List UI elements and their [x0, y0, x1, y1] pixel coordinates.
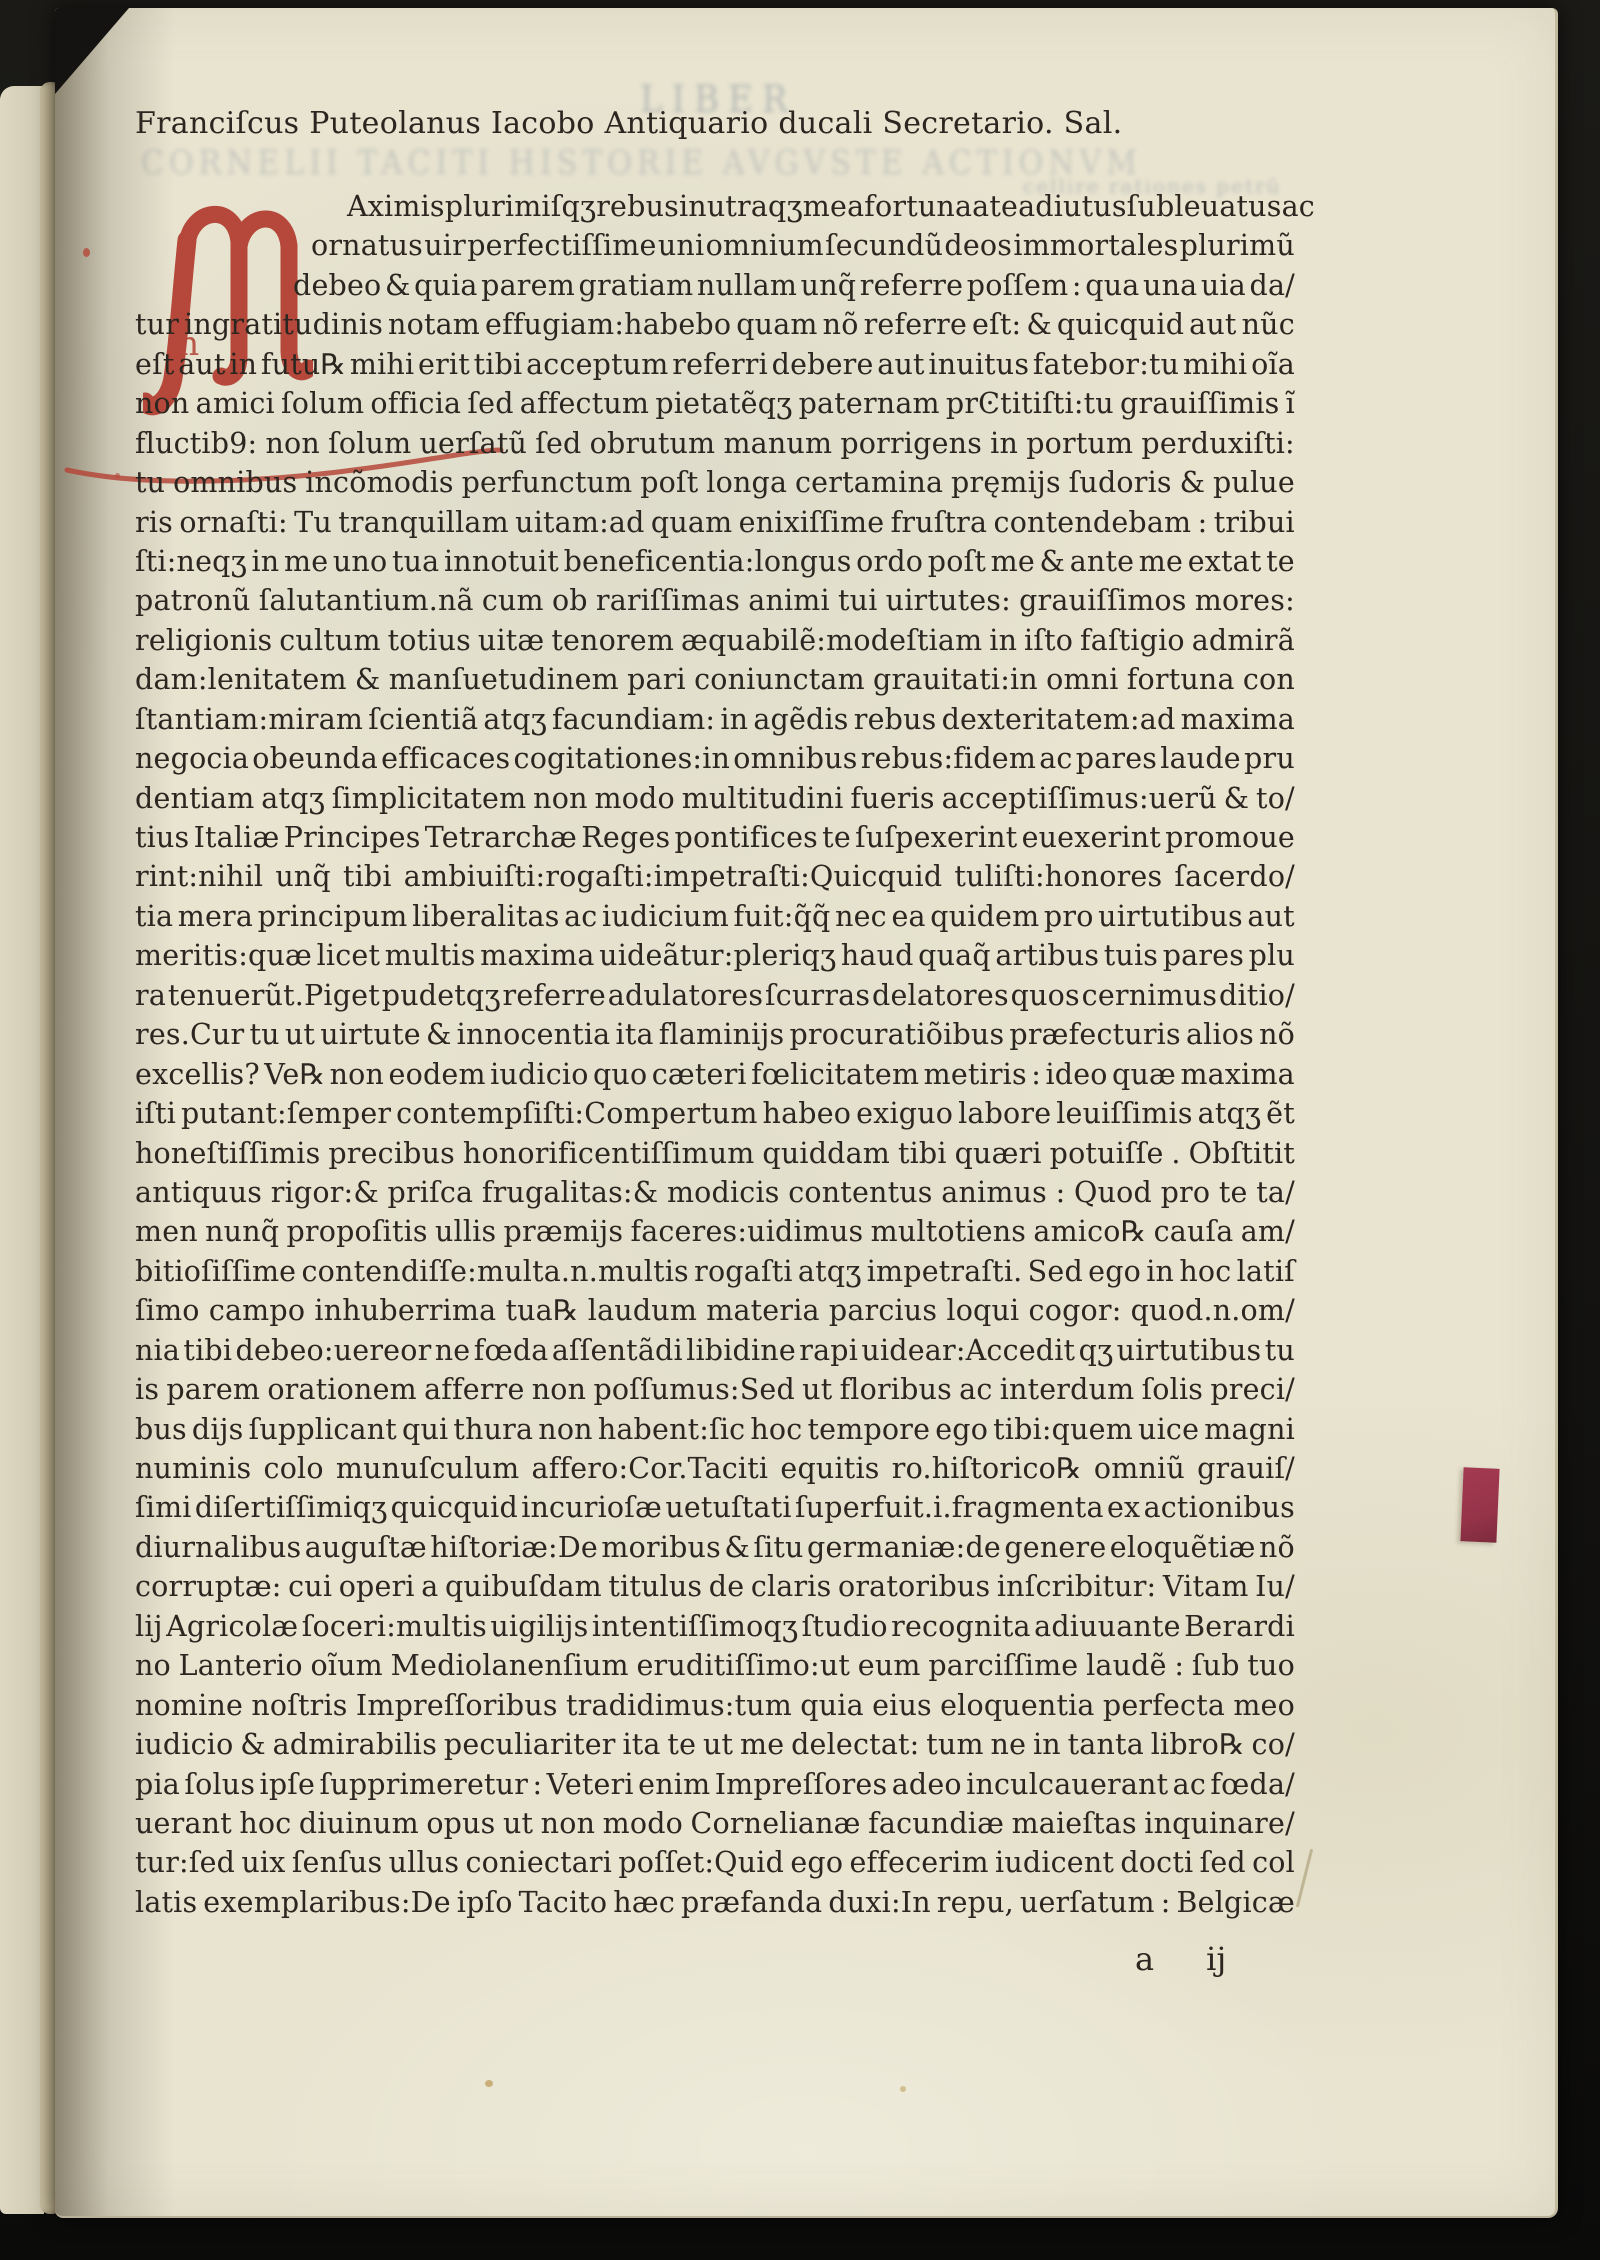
text-line: honeſtiſſimisprecibushonorificentiſſimum…: [135, 1137, 1295, 1176]
text-line: eſtautinfutu℞mihierittibiacceptumreferri…: [135, 348, 1295, 387]
text-line: niatibidebeo:uereornefœdaaſſentãdilibidi…: [135, 1334, 1295, 1373]
text-line: ratenuerũt.Pigetpudetqʒreferreadulatores…: [135, 979, 1295, 1018]
text-line: tiameraprincipumliberalitasaciudiciumfui…: [135, 900, 1295, 939]
text-line: lijAgricolæſoceri:multisuigilijsintentiſ…: [135, 1610, 1295, 1649]
text-block: Aximisplurimiſqʒrebusinutraqʒmeafortunaa…: [135, 190, 1295, 1925]
text-line: excellis?Ve℞noneodemiudicioquocæterifœli…: [135, 1058, 1295, 1097]
rubric-ink-speck: [83, 248, 90, 257]
text-line: numiniscolomunuſculumaffero:Cor.Tacitieq…: [135, 1452, 1295, 1491]
showthrough-title-line: CORNELII TACITI HISTORIE AVGVSTE ACTIONV…: [141, 144, 1261, 183]
text-line: res.Curtuutuirtute&innocentiaitaflaminij…: [135, 1018, 1295, 1057]
signature-leaf: ij: [1206, 1940, 1226, 1978]
text-line: latisexemplaribus:DeipſoTacitohæcpræfand…: [135, 1886, 1295, 1925]
text-line: piaſolusipſeſupprimeretur:VeterienimImpr…: [135, 1768, 1295, 1807]
text-line: mennunq̃propoſitisullispræmijsfaceres:ui…: [135, 1215, 1295, 1254]
text-line: ueranthocdiuinumopusutnonmodoCornelianæf…: [135, 1807, 1295, 1846]
text-line: dentiamatqʒſimplicitatemnonmodomultitudi…: [135, 782, 1295, 821]
text-line: nonamiciſolumofficiaſedaffectumpietatẽqʒ…: [135, 387, 1295, 426]
text-line: diurnalibusauguſtæhiſtoriæ:Demoribus&ſit…: [135, 1531, 1295, 1570]
text-line: risornaſti:Tutranquillamuitam:adquamenix…: [135, 506, 1295, 545]
quire-signature: a ij: [1135, 1940, 1226, 1978]
paper-scratch: [1296, 1849, 1313, 1908]
text-line: noLanteriooĩumMediolanenſiumeruditiſſimo…: [135, 1649, 1295, 1688]
paper-stain: [485, 2080, 493, 2087]
text-line: tur:ſeduixſenſusullusconiectaripoſſet:Qu…: [135, 1846, 1295, 1885]
text-line: corruptæ:cuioperiaquibuſdamtitulusdeclar…: [135, 1570, 1295, 1609]
text-line: bitioſiſſimecontendiſſe:multa.n.multisro…: [135, 1255, 1295, 1294]
text-line: ſimocampoinhuberrimatua℞laudummateriapar…: [135, 1294, 1295, 1333]
salutation-heading: Franciſcus Puteolanus Iacobo Antiquario …: [135, 106, 1122, 141]
text-line: nominenoſtrisImpreſſoribustradidimus:tum…: [135, 1689, 1295, 1728]
red-fore-edge-tab: [1460, 1467, 1499, 1542]
text-line: rint:nihilunq̃tibiambiuiſti:rogaſti:impe…: [135, 860, 1295, 899]
text-line: patronũſalutantium.nãcumobrariſſimasanim…: [135, 584, 1295, 623]
text-line: turingratitudinisnotameffugiam:habeboqua…: [135, 308, 1295, 347]
text-line: ſti:neqʒinmeunotuainnotuitbeneficentia:l…: [135, 545, 1295, 584]
text-line: ſtantiam:miramſcientiãatqʒfacundiam:inag…: [135, 703, 1295, 742]
text-line: religioniscultumtotiusuitætenoremæquabil…: [135, 624, 1295, 663]
text-line: ornatusuirperfectiſſimeuniomniumſecundũd…: [135, 229, 1295, 268]
page-corner-shadow: [55, 8, 129, 94]
underlying-leaf-edge: [0, 86, 44, 2214]
paper-stain: [900, 2086, 906, 2092]
text-line: busdijsſupplicantquithuranonhabent:ſicho…: [135, 1413, 1295, 1452]
photograph-of-incunabulum-page: { "page": { "heading": "Franciſcus Puteo…: [0, 0, 1600, 2260]
text-line: fluctib9:nonſolumuerſatũſedobrutummanump…: [135, 427, 1295, 466]
text-line: meritis:quælicetmultismaximauideãtur:ple…: [135, 939, 1295, 978]
text-line: ſimidiſertiſſimiqʒquicquidincurioſæuetuſ…: [135, 1491, 1295, 1530]
text-line: dam:lenitatem&manſuetudinempariconiuncta…: [135, 663, 1295, 702]
text-line: tuomnibusincõmodisperfunctumpoſtlongacer…: [135, 466, 1295, 505]
book-page: LIBER CORNELII TACITI HISTORIE AVGVSTE A…: [55, 8, 1558, 2218]
text-line: debeo&quiaparemgratiamnullamunq̃referrep…: [135, 269, 1295, 308]
text-line: negociaobeundaefficacescogitationes:inom…: [135, 742, 1295, 781]
text-line: antiquusrigor:&priſcafrugalitas:&modicis…: [135, 1176, 1295, 1215]
text-line: iſtiputant:ſempercontempſiſti:Compertumh…: [135, 1097, 1295, 1136]
text-line: iudicio&admirabilispeculiariteritateutme…: [135, 1728, 1295, 1767]
text-line: Aximisplurimiſqʒrebusinutraqʒmeafortunaa…: [135, 190, 1295, 229]
text-line: isparemorationemafferrenonpoſſumus:Sedut…: [135, 1373, 1295, 1412]
text-line: tiusItaliæPrincipesTetrarchæRegespontifi…: [135, 821, 1295, 860]
signature-gathering: a: [1135, 1940, 1154, 1978]
